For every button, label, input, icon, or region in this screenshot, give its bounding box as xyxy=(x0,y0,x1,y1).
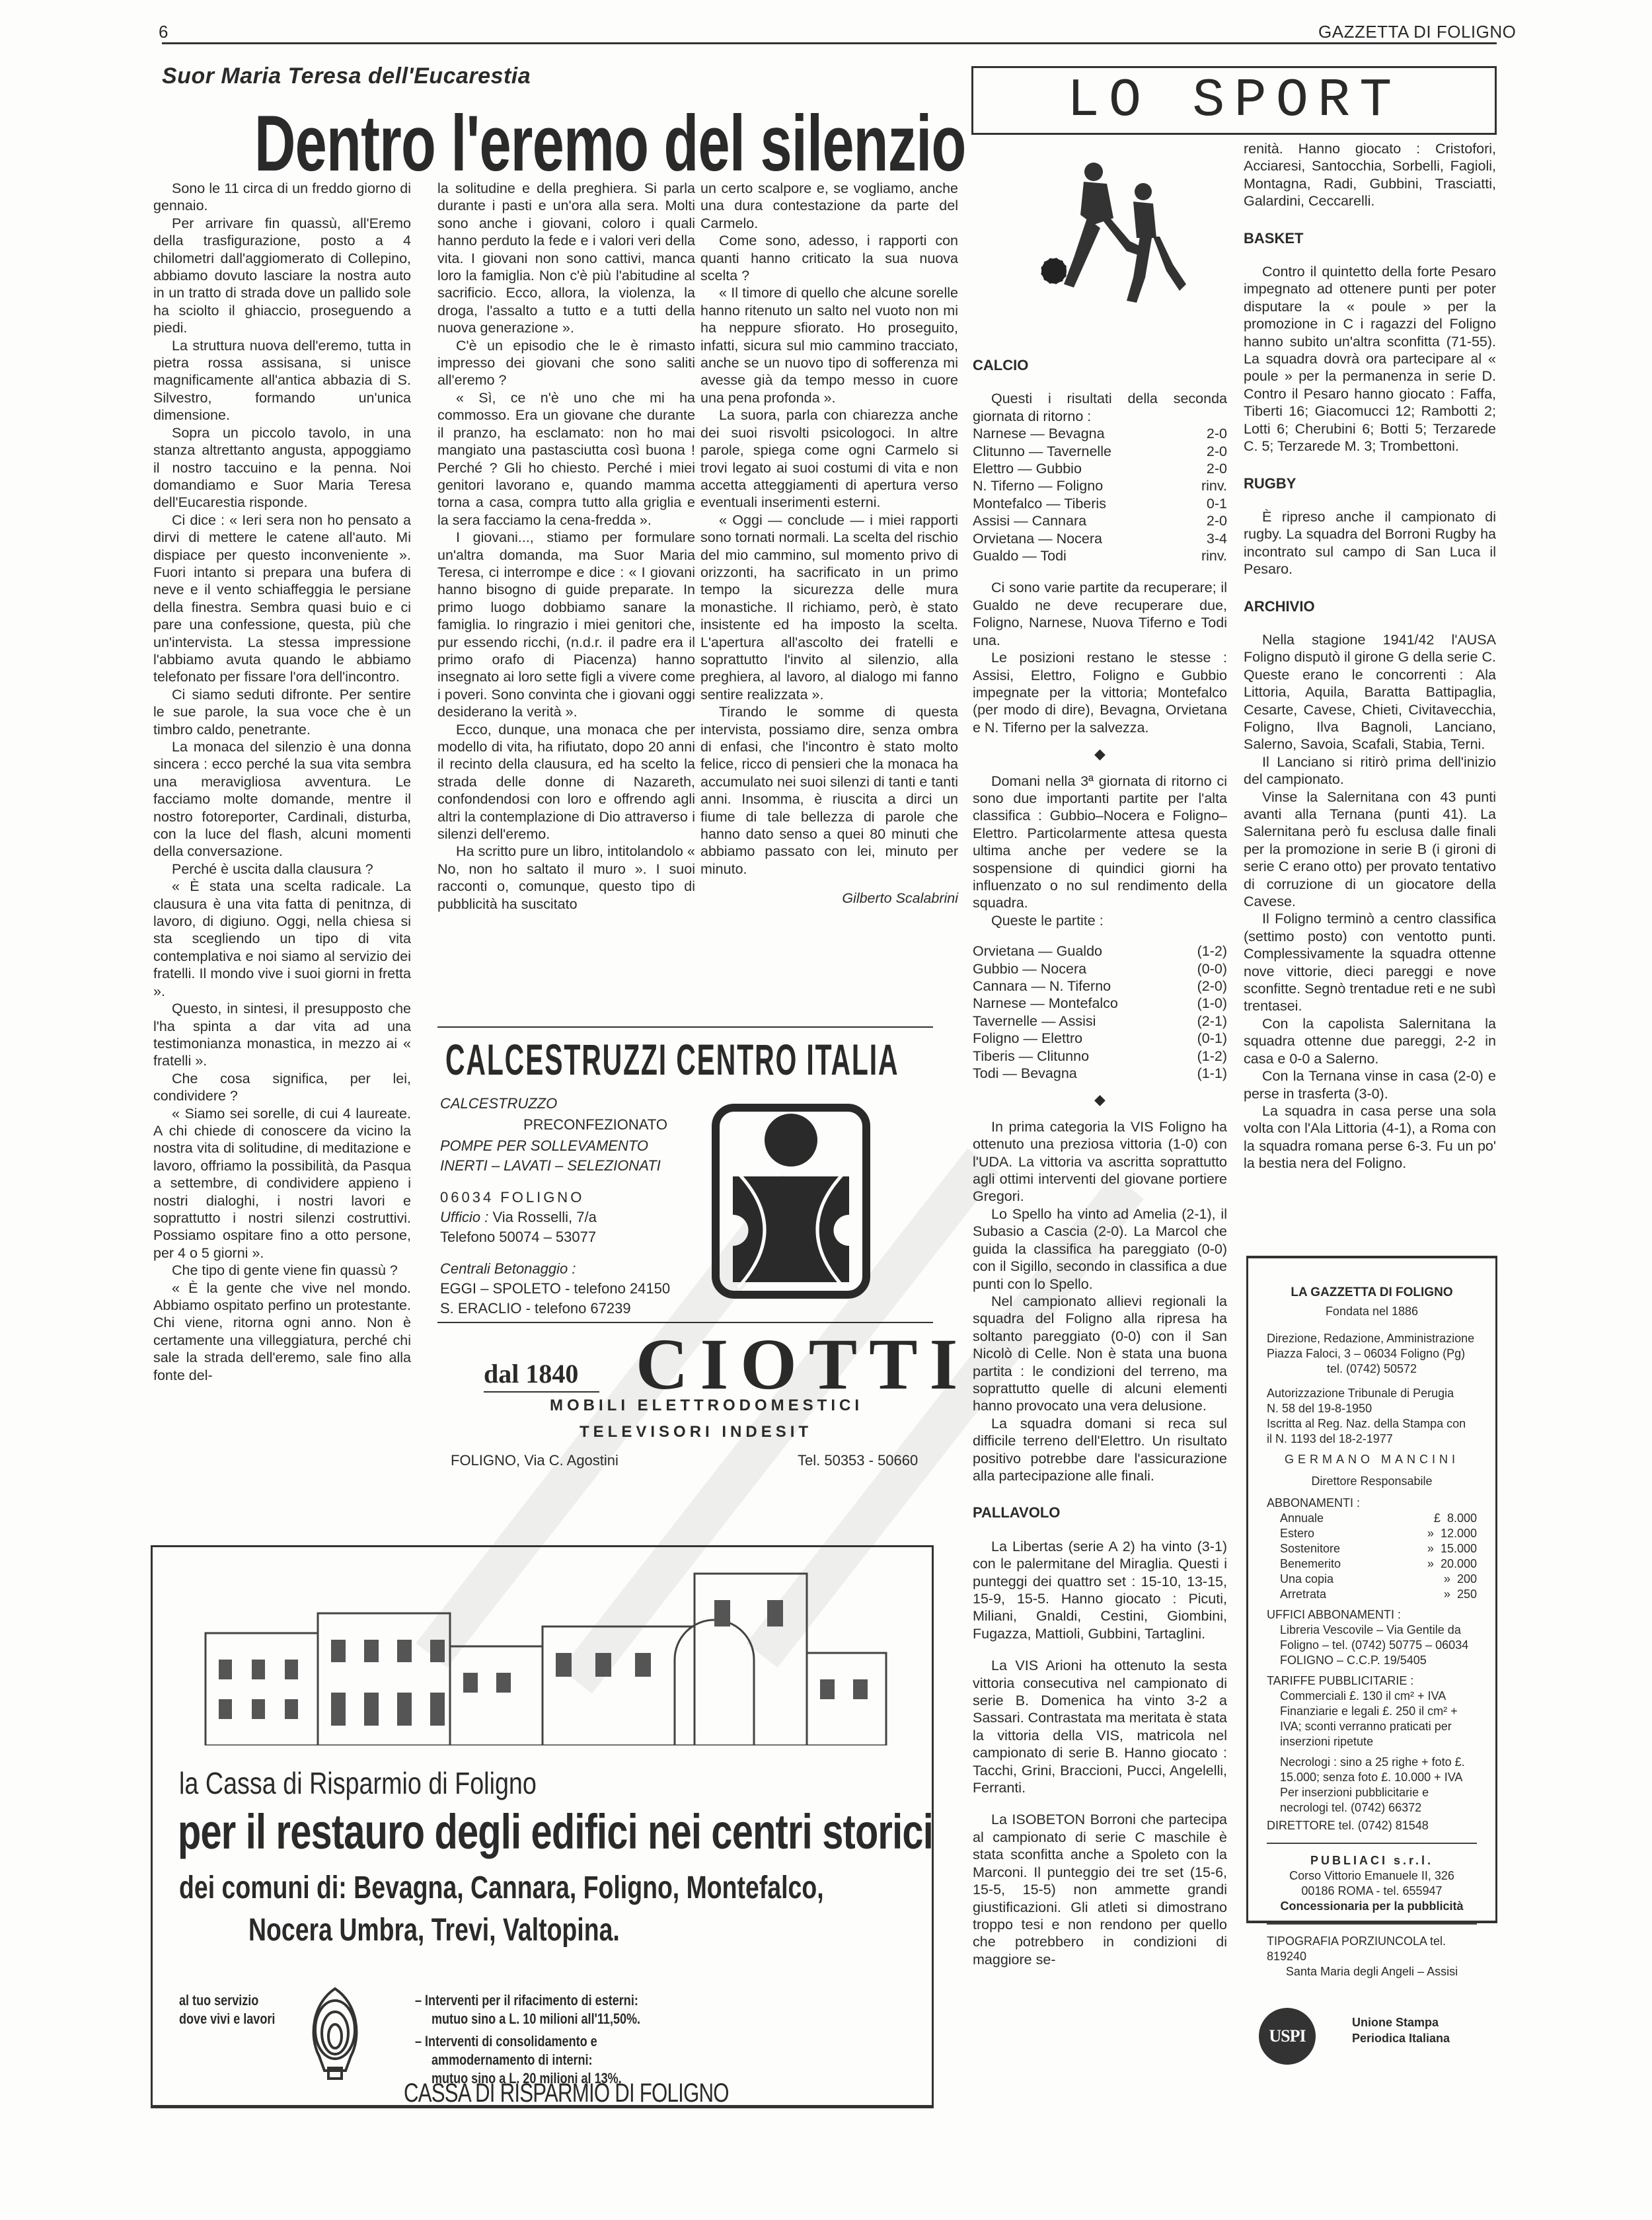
rugby-heading: RUGBY xyxy=(1244,475,1496,492)
ciotti-ad[interactable]: dal 1840 CIOTTI MOBILI ELETTRODOMESTICI … xyxy=(437,1325,933,1457)
paragraph: la solitudine e della preghiera. Si parl… xyxy=(437,180,695,337)
ad-address: Via Rosselli, 7/a xyxy=(492,1209,596,1225)
table-row: Montefalco — Tiberis0-1 xyxy=(973,495,1227,512)
paragraph: Ci dice : « Ieri sera non ho pensato a d… xyxy=(153,512,411,686)
paragraph: La ISOBETON Borroni che partecipa al cam… xyxy=(973,1811,1227,1968)
colophon-line: Corso Vittorio Emanuele II, 326 xyxy=(1267,1868,1477,1884)
table-row: Tavernelle — Assisi(2-1) xyxy=(973,1013,1227,1030)
paragraph: Che cosa significa, per lei, condividere… xyxy=(153,1070,411,1105)
paragraph: Nel campionato allievi regionali la squa… xyxy=(973,1293,1227,1415)
table-row: Orvietana — Gualdo(1-2) xyxy=(973,942,1227,960)
uspi-label: Unione Stampa Periodica Italiana xyxy=(1352,2014,1450,2046)
ciotti-line: MOBILI ELETTRODOMESTICI xyxy=(550,1397,863,1415)
uspi-logo-icon: USPI xyxy=(1259,2008,1316,2065)
colophon-line: il N. 1193 del 18-2-1977 xyxy=(1267,1432,1477,1447)
article-kicker: Suor Maria Teresa dell'Eucarestia xyxy=(162,63,531,89)
paragraph: La suora, parla con chiarezza anche dei … xyxy=(700,406,958,511)
colophon-line: Direzione, Redazione, Amministrazione xyxy=(1267,1331,1477,1346)
paragraph: Nella stagione 1941/42 l'AUSA Foligno di… xyxy=(1244,631,1496,753)
colophon-director-role: Direttore Responsabile xyxy=(1267,1474,1477,1489)
colophon-line: Necrologi : sino a 25 righe + foto £. 15… xyxy=(1267,1755,1477,1785)
table-row: N. Tiferno — Folignorinv. xyxy=(973,477,1227,494)
paragraph: Il Lanciano si ritirò prima dell'inizio … xyxy=(1244,753,1496,788)
colophon-line: Per inserzioni pubblicitarie e necrologi… xyxy=(1267,1785,1477,1816)
header-rule xyxy=(162,42,1497,44)
colophon-agency: PUBLIACI s.r.l. xyxy=(1267,1853,1477,1868)
paragraph: Ci sono varie partite da recuperare; il … xyxy=(973,579,1227,649)
table-row: Clitunno — Tavernelle2-0 xyxy=(973,443,1227,460)
table-row: Todi — Bevagna(1-1) xyxy=(973,1065,1227,1082)
ciotti-since: dal 1840 xyxy=(484,1358,578,1389)
colophon-label: ABBONAMENTI : xyxy=(1267,1496,1477,1511)
ad-phone: Telefono 50074 – 53077 xyxy=(440,1227,596,1246)
table-row: Gualdo — Todirinv. xyxy=(973,547,1227,564)
calcio-results-table: Narnese — Bevagna2-0 Clitunno — Tavernel… xyxy=(973,425,1227,564)
paragraph: Questo, in sintesi, il presupposto che l… xyxy=(153,1000,411,1070)
paragraph: Ecco, dunque, una monaca che per modello… xyxy=(437,721,695,843)
paragraph: La squadra in casa perse una sola volta … xyxy=(1244,1102,1496,1172)
paragraph: Per arrivare fin quassù, all'Eremo della… xyxy=(153,215,411,337)
paragraph: Le posizioni restano le stesse : Assisi,… xyxy=(973,649,1227,736)
masthead: GAZZETTA DI FOLIGNO xyxy=(1318,22,1516,42)
ciotti-line: TELEVISORI INDESIT xyxy=(580,1423,812,1441)
colophon-line: Autorizzazione Tribunale di Perugia xyxy=(1267,1386,1477,1401)
divider xyxy=(1267,1843,1477,1844)
cassa-risparmio-ad[interactable]: la Cassa di Risparmio di Foligno per il … xyxy=(151,1545,934,2108)
paragraph: È ripreso anche il campionato di rugby. … xyxy=(1244,508,1496,578)
ad-line: EGGI – SPOLETO - telefono 24150 xyxy=(440,1279,670,1298)
cassa-slogan: al tuo servizio xyxy=(179,1991,258,2009)
paragraph: renità. Hanno giocato : Cristofori, Acci… xyxy=(1244,140,1496,210)
cassa-headline-4: Nocera Umbra, Trevi, Valtopina. xyxy=(248,1912,620,1948)
table-row: Tiberis — Clitunno(1-2) xyxy=(973,1048,1227,1065)
cassa-offer: – Interventi per il rifacimento di ester… xyxy=(415,1991,638,2009)
sport-title: LO SPORT xyxy=(1067,70,1402,132)
article-column-2: la solitudine e della preghiera. Si parl… xyxy=(437,180,695,913)
paragraph: « Oggi — conclude — i miei rapporti sono… xyxy=(700,512,958,703)
colophon-founded: Fondata nel 1886 xyxy=(1267,1304,1477,1319)
colophon-label: TARIFFE PUBBLICITARIE : xyxy=(1267,1673,1477,1689)
colophon-line: Concessionaria per la pubblicità xyxy=(1267,1899,1477,1914)
paragraph: Lo Spello ha vinto ad Amelia (2-1), il S… xyxy=(973,1206,1227,1293)
ad-line: POMPE PER SOLLEVAMENTO xyxy=(440,1136,648,1155)
article-column-1: Sono le 11 circa di un freddo giorno di … xyxy=(153,180,411,1384)
calcestruzzi-title: CALCESTRUZZI CENTRO ITALIA xyxy=(445,1034,899,1085)
calcestruzzi-ad[interactable]: CALCESTRUZZI CENTRO ITALIA CALCESTRUZZO … xyxy=(437,1028,933,1345)
paragraph: La Libertas (serie A 2) ha vinto (3-1) c… xyxy=(973,1538,1227,1642)
table-row: Gubbio — Nocera(0-0) xyxy=(973,960,1227,977)
ciotti-address: FOLIGNO, Via C. Agostini xyxy=(451,1451,619,1470)
colophon-label: UFFICI ABBONAMENTI : xyxy=(1267,1607,1477,1623)
cassa-headline-2: per il restauro degli edifici nei centri… xyxy=(178,1804,933,1860)
ad-city: 06034 FOLIGNO xyxy=(440,1188,584,1207)
colophon-box: LA GAZZETTA DI FOLIGNO Fondata nel 1886 … xyxy=(1246,1256,1497,1923)
paragraph: « Il timore di quello che alcune sorelle… xyxy=(700,284,958,406)
paragraph: « È la gente che vive nel mondo. Abbiamo… xyxy=(153,1280,411,1384)
archivio-heading: ARCHIVIO xyxy=(1244,598,1496,615)
diamond-separator-icon: ◆ xyxy=(973,1091,1227,1108)
cassa-brand: CASSA DI RISPARMIO DI FOLIGNO xyxy=(404,2079,729,2108)
paragraph: Con la capolista Salernitana la squadra … xyxy=(1244,1015,1496,1067)
paragraph: « È stata una scelta radicale. La clausu… xyxy=(153,878,411,1000)
paragraph: « Siamo sei sorelle, di cui 4 laureate. … xyxy=(153,1105,411,1262)
article-byline: Gilberto Scalabrini xyxy=(700,890,958,907)
colophon-line: N. 58 del 19-8-1950 xyxy=(1267,1401,1477,1416)
paragraph: I giovani..., stiamo per formulare un'al… xyxy=(437,529,695,720)
table-row: Orvietana — Nocera3-4 xyxy=(973,530,1227,547)
article-column-3: un certo scalpore e, se vogliamo, anche … xyxy=(700,180,958,907)
subscription-row: Sostenitore» 15.000 xyxy=(1280,1541,1477,1556)
colophon-printer: TIPOGRAFIA PORZIUNCOLA tel. 819240 xyxy=(1267,1934,1477,1964)
sport-column-1: CALCIO Questi i risultati della seconda … xyxy=(973,350,1227,1968)
colophon-line: Finanziarie e legali £. 250 il cm² + IVA… xyxy=(1267,1704,1477,1749)
pallavolo-heading: PALLAVOLO xyxy=(973,1504,1227,1521)
colophon-line: 00186 ROMA - tel. 655947 xyxy=(1267,1884,1477,1899)
paragraph: Come sono, adesso, i rapporti con quanti… xyxy=(700,232,958,284)
paragraph: « Sì, ce n'è uno che mi ha commosso. Era… xyxy=(437,389,695,529)
sport-section-banner: LO SPORT xyxy=(971,66,1497,135)
colophon-line: Libreria Vescovile – Via Gentile da Foli… xyxy=(1267,1623,1477,1668)
cassa-headline-1: la Cassa di Risparmio di Foligno xyxy=(179,1765,537,1801)
ad-label: Ufficio : xyxy=(440,1209,488,1225)
basket-heading: BASKET xyxy=(1244,230,1496,247)
paragraph: C'è un episodio che le è rimasto impress… xyxy=(437,337,695,389)
subscription-table: Annuale£ 8.000 Estero» 12.000 Sostenitor… xyxy=(1267,1511,1477,1602)
ciotti-brand: CIOTTI xyxy=(636,1322,969,1406)
cassa-logo-icon xyxy=(306,1983,364,2083)
paragraph: Il Foligno terminò a centro classifica (… xyxy=(1244,910,1496,1014)
football-players-illustration-icon xyxy=(1028,152,1193,311)
calcestruzzi-logo-icon xyxy=(712,1104,870,1299)
colophon-line: tel. (0742) 50572 xyxy=(1267,1361,1477,1377)
cassa-offer: mutuo sino a L. 10 milioni all'11,50%. xyxy=(432,2010,640,2028)
table-row: Elettro — Gubbio2-0 xyxy=(973,460,1227,477)
ad-line: PRECONFEZIONATO xyxy=(523,1115,667,1134)
calcio-heading: CALCIO xyxy=(973,357,1227,374)
ciotti-phone: Tel. 50353 - 50660 xyxy=(798,1451,918,1470)
historic-buildings-illustration-icon xyxy=(199,1560,893,1745)
paragraph: Che tipo di gente viene fin quassù ? xyxy=(153,1262,411,1279)
uspi-line: Periodica Italiana xyxy=(1352,2030,1450,2046)
colophon-title: LA GAZZETTA DI FOLIGNO xyxy=(1267,1285,1477,1300)
paragraph: La monaca del silenzio è una donna since… xyxy=(153,738,411,861)
article-headline: Dentro l'eremo del silenzio xyxy=(254,98,966,189)
ad-line: INERTI – LAVATI – SELEZIONATI xyxy=(440,1156,661,1175)
paragraph: Ha scritto pure un libro, intitolandolo … xyxy=(437,843,695,913)
cassa-offer: ammodernamento di interni: xyxy=(432,2051,593,2069)
paragraph: La squadra domani si reca sul difficile … xyxy=(973,1415,1227,1485)
paragraph: Questi i risultati della seconda giornat… xyxy=(973,390,1227,425)
colophon-line: Santa Maria degli Angeli – Assisi xyxy=(1267,1964,1477,1979)
table-row: Narnese — Bevagna2-0 xyxy=(973,425,1227,442)
uspi-line: Unione Stampa xyxy=(1352,2014,1450,2030)
table-row: Assisi — Cannara2-0 xyxy=(973,512,1227,529)
colophon-line: Piazza Faloci, 3 – 06034 Foligno (Pg) xyxy=(1267,1346,1477,1361)
sport-column-2: renità. Hanno giocato : Cristofori, Acci… xyxy=(1244,140,1496,1172)
cassa-headline-3: dei comuni di: Bevagna, Cannara, Foligno… xyxy=(179,1870,824,1906)
table-row: Narnese — Montefalco(1-0) xyxy=(973,995,1227,1012)
colophon-director: GERMANO MANCINI xyxy=(1267,1452,1477,1467)
cassa-slogan: dove vivi e lavori xyxy=(179,2010,275,2028)
paragraph: In prima categoria la VIS Foligno ha ott… xyxy=(973,1118,1227,1206)
paragraph: La VIS Arioni ha ottenuto la sesta vitto… xyxy=(973,1657,1227,1796)
cassa-offer: – Interventi di consolidamento e xyxy=(415,2032,597,2050)
ad-label: Centrali Betonaggio : xyxy=(440,1259,576,1278)
colophon-line: DIRETTORE tel. (0742) 81548 xyxy=(1267,1818,1477,1833)
divider xyxy=(1267,1923,1477,1925)
paragraph: un certo scalpore e, se vogliamo, anche … xyxy=(700,180,958,232)
divider xyxy=(484,1391,599,1393)
paragraph: Vinse la Salernitana con 43 punti avanti… xyxy=(1244,788,1496,911)
table-row: Cannara — N. Tiferno(2-0) xyxy=(973,977,1227,995)
table-row: Foligno — Elettro(0-1) xyxy=(973,1030,1227,1047)
subscription-row: Una copia» 200 xyxy=(1280,1572,1477,1587)
ad-line: CALCESTRUZZO xyxy=(440,1094,557,1113)
subscription-row: Annuale£ 8.000 xyxy=(1280,1511,1477,1526)
ad-line: S. ERACLIO - telefono 67239 xyxy=(440,1299,631,1318)
colophon-line: Commerciali £. 130 il cm² + IVA xyxy=(1267,1689,1477,1704)
calcio-fixtures-table: Orvietana — Gualdo(1-2) Gubbio — Nocera(… xyxy=(973,942,1227,1082)
paragraph: Queste le partite : xyxy=(973,912,1227,929)
subscription-row: Benemerito» 20.000 xyxy=(1280,1556,1477,1572)
paragraph: Perché è uscita dalla clausura ? xyxy=(153,861,411,878)
paragraph: Sono le 11 circa di un freddo giorno di … xyxy=(153,180,411,215)
paragraph: Domani nella 3ª giornata di ritorno ci s… xyxy=(973,773,1227,912)
paragraph: La struttura nuova dell'eremo, tutta in … xyxy=(153,337,411,424)
paragraph: Contro il quintetto della forte Pesaro i… xyxy=(1244,263,1496,455)
colophon-line: Iscritta al Reg. Naz. della Stampa con xyxy=(1267,1416,1477,1432)
page-number: 6 xyxy=(159,22,168,42)
paragraph: Sopra un piccolo tavolo, in una stanza a… xyxy=(153,424,411,512)
subscription-row: Estero» 12.000 xyxy=(1280,1526,1477,1541)
paragraph: Con la Ternana vinse in casa (2-0) e per… xyxy=(1244,1067,1496,1102)
paragraph: Tirando le somme di questa intervista, p… xyxy=(700,703,958,878)
diamond-separator-icon: ◆ xyxy=(973,746,1227,763)
subscription-row: Arretrata» 250 xyxy=(1280,1587,1477,1602)
paragraph: Ci siamo seduti difronte. Per sentire le… xyxy=(153,686,411,738)
